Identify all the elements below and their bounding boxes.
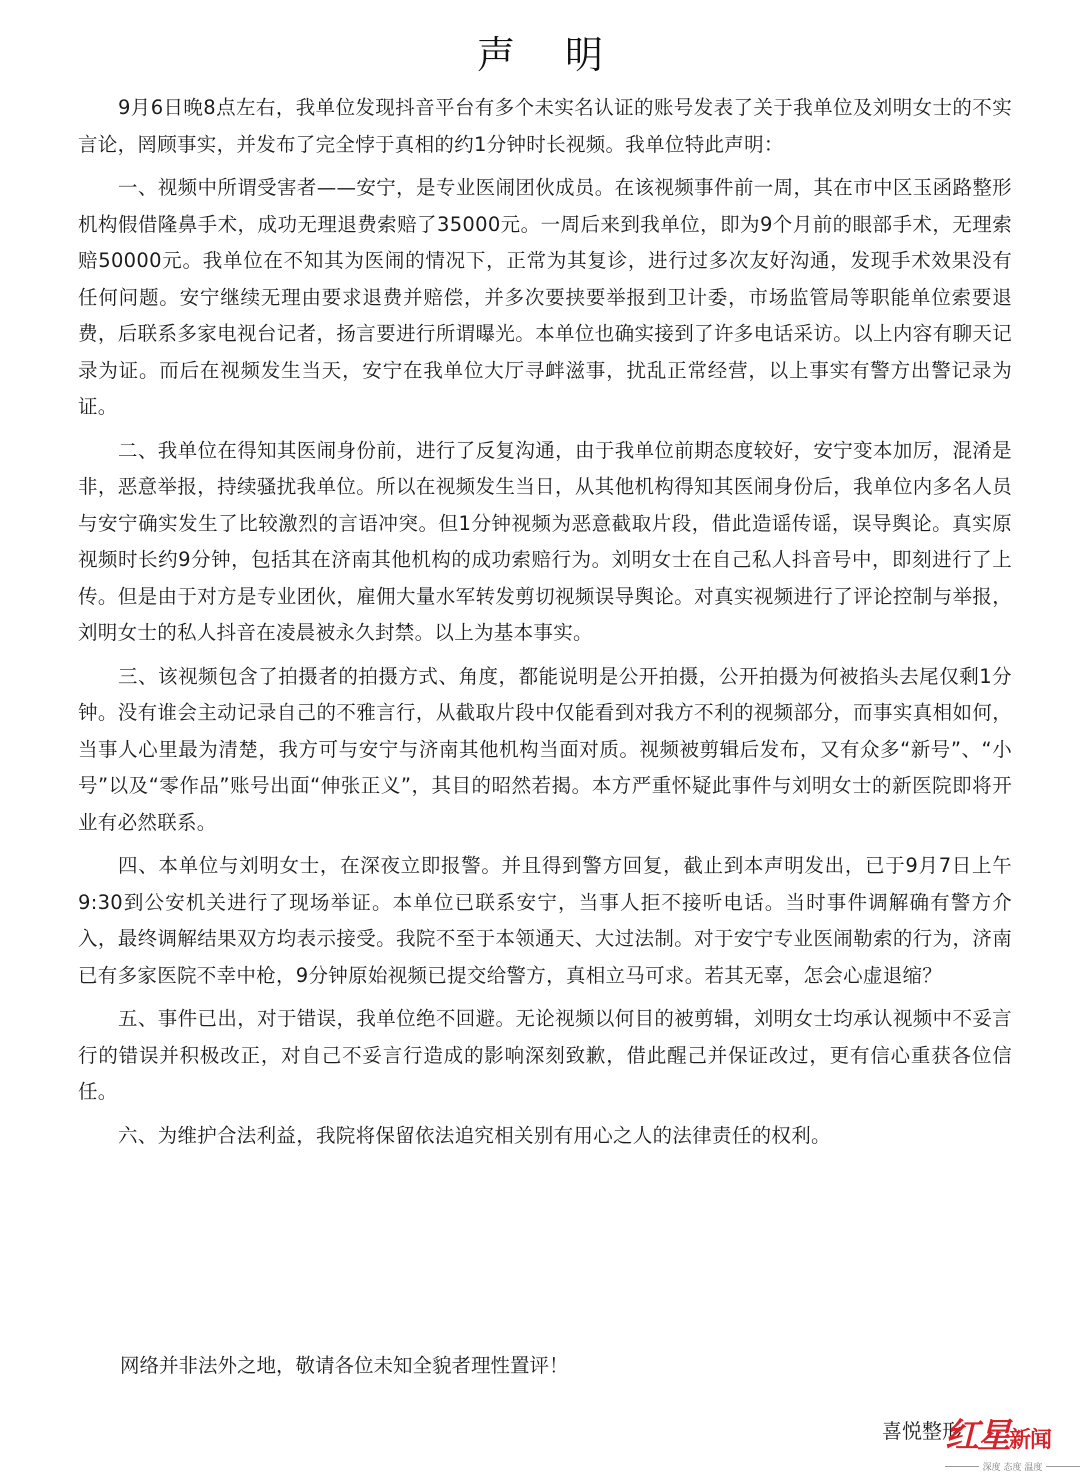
watermark-brand: 红星新闻	[945, 1408, 1051, 1457]
paragraph-intro: 9月6日晚8点左右，我单位发现抖音平台有多个未实名认证的账号发表了关于我单位及刘…	[78, 90, 1012, 163]
paragraph-point-4: 四、本单位与刘明女士，在深夜立即报警。并且得到警方回复，截止到本声明发出，已于9…	[78, 848, 1012, 994]
statement-document: 声明 9月6日晚8点左右，我单位发现抖音平台有多个未实名认证的账号发表了关于我单…	[0, 0, 1080, 1476]
watermark-slogan: 深度 态度 温度	[945, 1460, 1080, 1473]
document-body: 9月6日晚8点左右，我单位发现抖音平台有多个未实名认证的账号发表了关于我单位及刘…	[78, 90, 1012, 1154]
closing-statement: 网络并非法外之地，敬请各位未知全貌者理性置评！	[120, 1350, 569, 1378]
paragraph-point-5: 五、事件已出，对于错误，我单位绝不回避。无论视频以何目的被剪辑，刘明女士均承认视…	[78, 1001, 1012, 1111]
news-watermark-logo: 红星新闻 深度 态度 温度	[945, 1408, 1080, 1476]
paragraph-point-2: 二、我单位在得知其医闹身份前，进行了反复沟通，由于我单位前期态度较好，安宁变本加…	[78, 433, 1012, 652]
paragraph-point-1: 一、视频中所谓受害者——安宁，是专业医闹团伙成员。在该视频事件前一周，其在市中区…	[78, 170, 1012, 426]
divider-line	[1046, 1466, 1080, 1467]
paragraph-point-6: 六、为维护合法利益，我院将保留依法追究相关别有用心之人的法律责任的权利。	[78, 1118, 1012, 1155]
divider-line	[945, 1466, 979, 1467]
paragraph-point-3: 三、该视频包含了拍摄者的拍摄方式、角度，都能说明是公开拍摄，公开拍摄为何被掐头去…	[78, 659, 1012, 842]
watermark-brand-sub: 新闻	[1009, 1427, 1051, 1453]
watermark-slogan-text: 深度 态度 温度	[983, 1460, 1043, 1473]
document-title: 声明	[0, 24, 1080, 79]
watermark-brand-main: 红星	[945, 1416, 1009, 1456]
